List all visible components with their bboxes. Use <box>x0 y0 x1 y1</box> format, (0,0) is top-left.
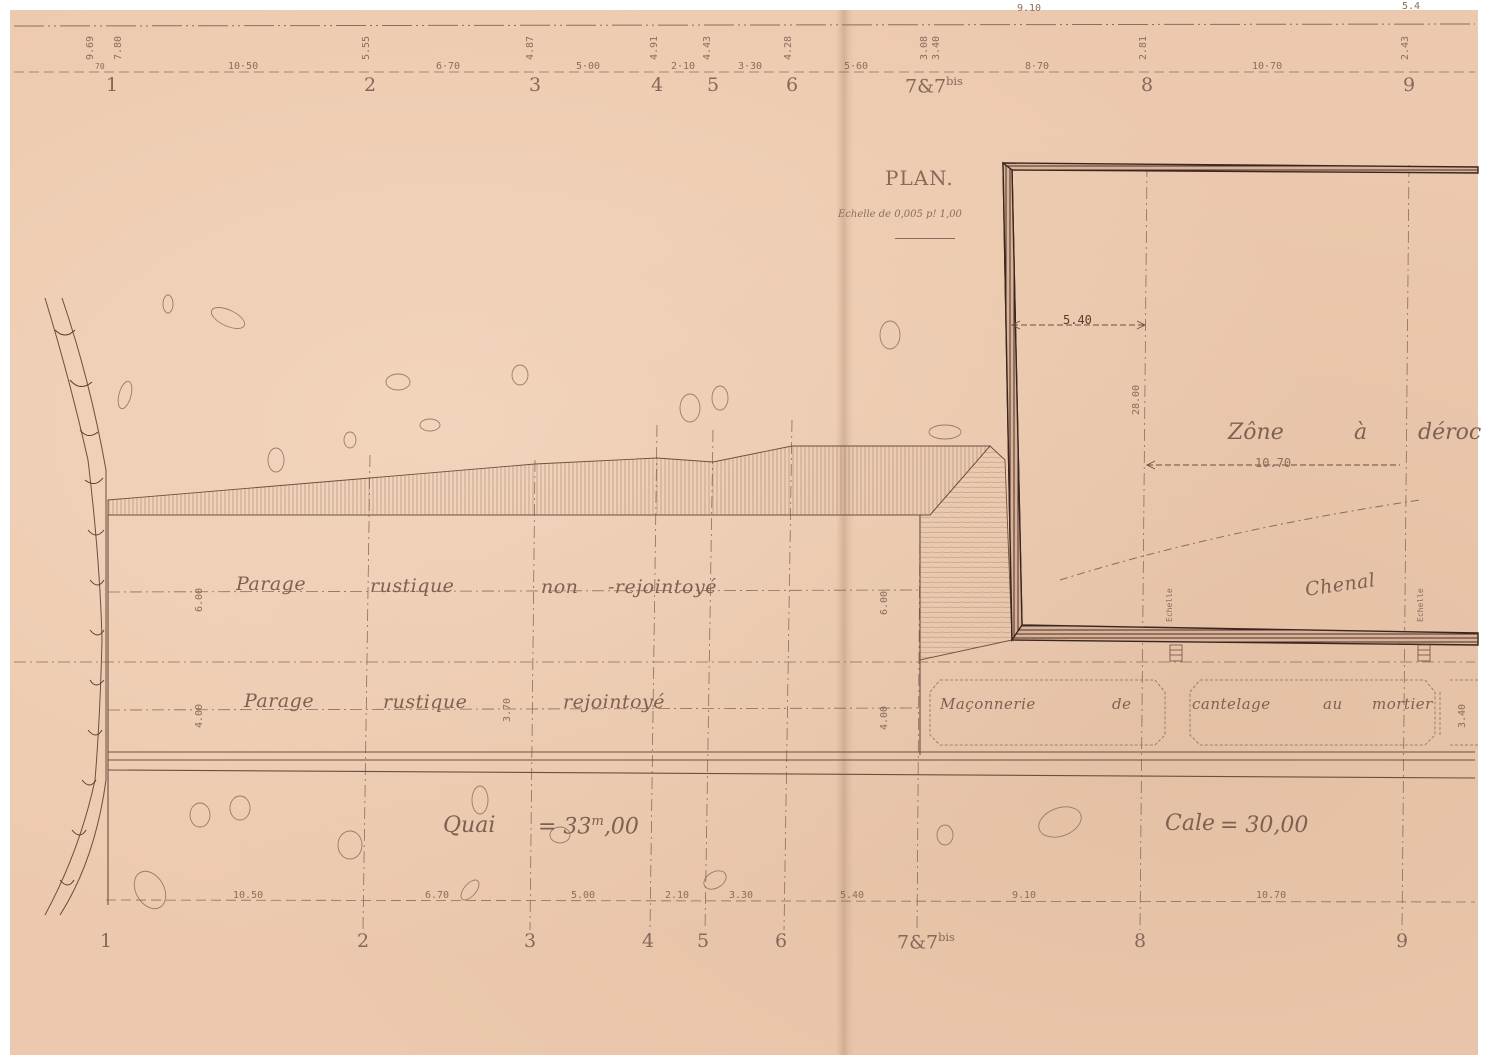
dimension-arrows <box>1012 321 1400 469</box>
wall-steps <box>1170 645 1430 661</box>
quay-label: Quai <box>443 815 495 837</box>
slipway-length: = 30,00 <box>1220 815 1308 837</box>
rock-cliff <box>45 298 106 915</box>
top-station-8: 8 <box>1141 76 1153 95</box>
elev-4-43: 4.43 <box>703 36 713 60</box>
masonry-word-3: cantelage <box>1192 697 1271 712</box>
bottom-station-1: 1 <box>100 932 112 951</box>
station-label: 7&7 <box>905 75 946 97</box>
top-station-1: 1 <box>106 76 118 95</box>
scale-note: Echelle de 0,005 p! 1,00 <box>838 210 962 220</box>
elev-4-28: 4.28 <box>784 36 794 60</box>
bottom-spacing-4-5: 2.10 <box>665 891 689 901</box>
echelle-right: Echelle <box>1417 588 1425 622</box>
zone-word-2: à <box>1354 422 1367 444</box>
top-spacing-5-6: 3·30 <box>738 62 762 72</box>
bottom-spacing-3-4: 5.00 <box>571 891 595 901</box>
masonry-word-4: au <box>1323 697 1343 712</box>
elev-4-87: 4.87 <box>526 36 536 60</box>
dim-4-00-left: 4.00 <box>195 704 205 728</box>
paving-lower-word-1: Parage <box>244 692 314 711</box>
masonry-word-5: mortier <box>1372 697 1433 712</box>
top-spacing-8-9: 10·70 <box>1252 62 1282 72</box>
top-station-3: 3 <box>529 76 541 95</box>
elev-5-55: 5.55 <box>362 36 372 60</box>
bottom-station-5: 5 <box>697 932 709 951</box>
top-station-6: 6 <box>786 76 798 95</box>
station-sup: bis <box>938 930 955 944</box>
top-spacing-1-2: 10·50 <box>228 62 258 72</box>
bottom-spacing-8-9: 10.70 <box>1256 891 1286 901</box>
top-station-7: 7&7bis <box>905 76 963 96</box>
dim-10-70: 10.70 <box>1255 457 1291 469</box>
bottom-spacing-2-3: 6.70 <box>425 891 449 901</box>
top-station-4: 4 <box>651 76 663 95</box>
top-spacing-7-8: 8·70 <box>1025 62 1049 72</box>
dim-5-40: 5.40 <box>1063 314 1092 326</box>
paving-upper-word-4: -rejointoyé <box>608 578 717 597</box>
top-spacing-2-3: 6·70 <box>436 62 460 72</box>
dim-28-00: 28.00 <box>1132 385 1142 415</box>
paving-upper-word-3: non <box>541 578 578 597</box>
elev-7-80: 7.80 <box>114 36 124 60</box>
elev-4-91: 4.91 <box>650 36 660 60</box>
paving-lower-word-3: rejointoyé <box>563 693 665 712</box>
bottom-spacing-5-6: 3.30 <box>729 891 753 901</box>
station-sup: bis <box>946 74 963 88</box>
echelle-left: Echelle <box>1166 588 1174 622</box>
top-spacing-3-4: 5·00 <box>576 62 600 72</box>
dim-3-70: 3.70 <box>503 698 513 722</box>
plan-drawing <box>0 0 1500 1061</box>
quay-length-value: = 33 <box>538 814 591 839</box>
bottom-station-4: 4 <box>642 932 654 951</box>
elev-2-43: 2.43 <box>1401 36 1411 60</box>
bottom-station-7: 7&7bis <box>897 932 955 952</box>
dim-4-00-right: 4.00 <box>880 706 890 730</box>
top-small-left: 70 <box>95 63 105 71</box>
slipway-label: Cale <box>1165 813 1215 835</box>
station-label: 7&7 <box>897 931 938 953</box>
top-edge-label-1: 9.10 <box>1017 4 1041 14</box>
quay-length-decimal: ,00 <box>604 814 639 839</box>
elev-2-81: 2.81 <box>1139 36 1149 60</box>
paving-lower-word-2: rustique <box>383 693 467 712</box>
bottom-station-2: 2 <box>357 932 369 951</box>
slope-band <box>108 446 990 515</box>
quay-length: = 33m,00 <box>538 815 639 838</box>
top-station-5: 5 <box>707 76 719 95</box>
paving-upper-word-2: rustique <box>370 577 454 596</box>
dim-6-00-left: 6.00 <box>195 588 205 612</box>
bottom-station-8: 8 <box>1134 932 1146 951</box>
elev-9-69: 9.69 <box>86 36 96 60</box>
masonry-word-1: Maçonnerie <box>940 697 1036 712</box>
plan-title: PLAN. <box>885 168 954 188</box>
masonry-word-2: de <box>1112 697 1131 712</box>
bottom-spacing-1-2: 10.50 <box>233 891 263 901</box>
bottom-station-6: 6 <box>775 932 787 951</box>
top-station-2: 2 <box>364 76 376 95</box>
paving-upper-word-1: Parage <box>236 575 306 594</box>
title-underline <box>895 238 955 239</box>
bottom-spacing-7-8: 9.10 <box>1012 891 1036 901</box>
top-spacing-4-5: 2·10 <box>671 62 695 72</box>
top-station-9: 9 <box>1403 76 1415 95</box>
zone-word-3: déroc <box>1418 422 1481 444</box>
slipway-wall <box>1003 163 1478 645</box>
elev-3-40: 3.40 <box>932 36 942 60</box>
top-spacing-6-7: 5·60 <box>844 62 868 72</box>
bottom-spacing-6-7: 5.40 <box>840 891 864 901</box>
quay-length-unit: m <box>591 814 604 829</box>
bottom-station-3: 3 <box>524 932 536 951</box>
elev-3-08: 3.08 <box>920 36 930 60</box>
zone-word-1: Zône <box>1228 422 1284 444</box>
dim-6-00-right: 6.00 <box>880 591 890 615</box>
dim-3-40: 3.40 <box>1458 704 1468 728</box>
top-edge-label-2: 5.4 <box>1402 2 1420 12</box>
bottom-station-9: 9 <box>1396 932 1408 951</box>
